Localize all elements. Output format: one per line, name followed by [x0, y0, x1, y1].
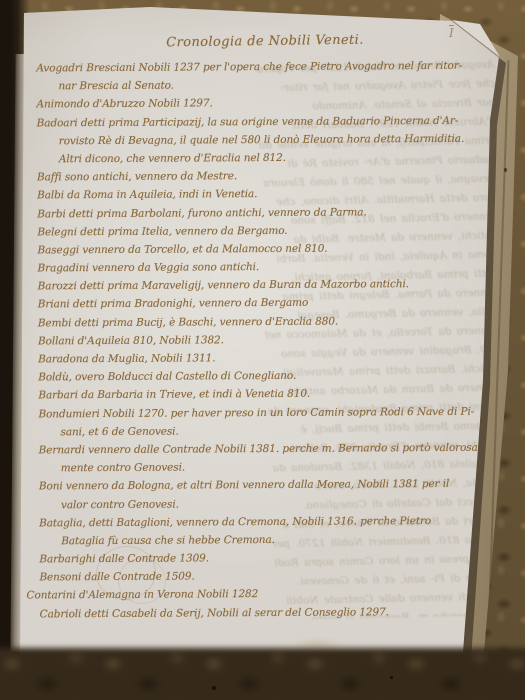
- folio-number: I: [449, 26, 454, 40]
- manuscript-line: Cabrioli detti Casabeli da Serij, Nobili…: [40, 605, 500, 626]
- manuscript-page: Avogadri Bresciani Nobili 1237 per l'ope…: [0, 0, 525, 700]
- manuscript-photo: Avogadri Bresciani Nobili 1237 per l'ope…: [0, 0, 525, 700]
- foreground-blur: [0, 648, 525, 700]
- speck: [390, 676, 393, 679]
- manuscript-text-block: Avogadri Bresciani Nobili 1237 per l'ope…: [36, 60, 499, 627]
- speck: [504, 168, 507, 172]
- page-title: Cronologia de Nobili Veneti.: [140, 32, 390, 50]
- speck: [212, 686, 216, 690]
